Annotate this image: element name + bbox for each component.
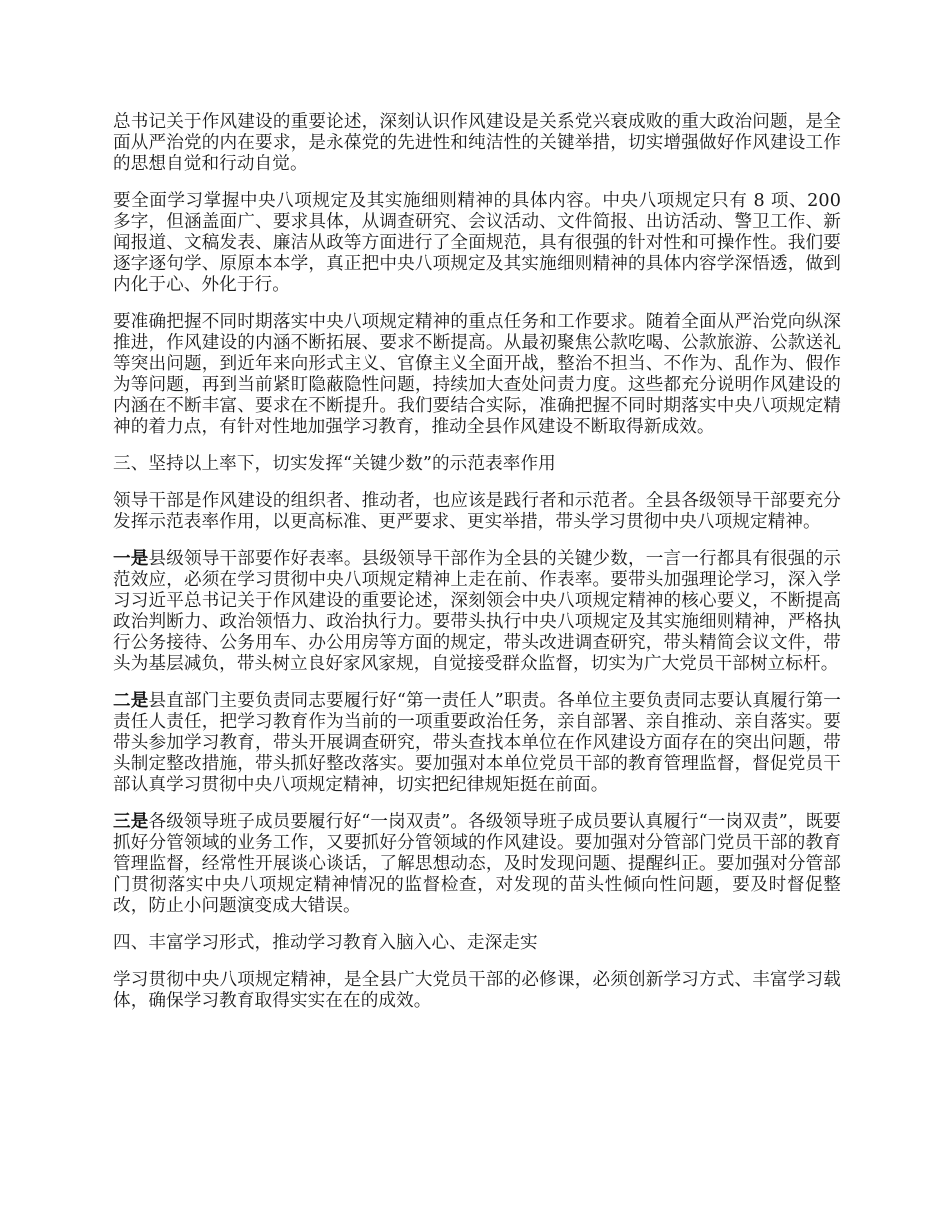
paragraph-text: 县级领导干部要作好表率。县级领导干部作为全县的关键少数，一言一行都具有很强的示范… <box>113 549 841 674</box>
paragraph-point-one: 一是县级领导干部要作好表率。县级领导干部作为全县的关键少数，一言一行都具有很强的… <box>113 549 841 675</box>
section-heading-4: 四、丰富学习形式，推动学习教育入脑入心、走深走实 <box>113 933 841 954</box>
paragraph-key-tasks: 要准确把握不同时期落实中央八项规定精神的重点任务和工作要求。随着全面从严治党向纵… <box>113 312 841 438</box>
document-page: 总书记关于作风建设的重要论述，深刻认识作风建设是关系党兴衰成败的重大政治问题，是… <box>113 112 841 1028</box>
paragraph-point-three: 三是各级领导班子成员要履行好“一岗双责”。各级领导班子成员要认真履行“一岗双责”… <box>113 812 841 917</box>
paragraph-text: 县直部门主要负责同志要履行好“第一责任人”职责。各单位主要负责同志要认真履行第一… <box>113 691 841 795</box>
bold-lead: 二是 <box>113 691 149 711</box>
paragraph-text: 总书记关于作风建设的重要论述，深刻认识作风建设是关系党兴衰成败的重大政治问题，是… <box>113 112 841 174</box>
heading-text: 三、坚持以上率下，切实发挥“关键少数”的示范表率作用 <box>113 454 556 474</box>
paragraph-leaders-role: 领导干部是作风建设的组织者、推动者，也应该是践行者和示范者。全县各级领导干部要充… <box>113 491 841 533</box>
paragraph-text: 学习贯彻中央八项规定精神，是全县广大党员干部的必修课，必须创新学习方式、丰富学习… <box>113 970 841 1011</box>
section-heading-3: 三、坚持以上率下，切实发挥“关键少数”的示范表率作用 <box>113 454 841 475</box>
paragraph-text: 领导干部是作风建设的组织者、推动者，也应该是践行者和示范者。全县各级领导干部要充… <box>113 491 841 532</box>
paragraph-text: 要全面学习掌握中央八项规定及其实施细则精神的具体内容。中央八项规定只有 8 项、… <box>113 191 841 295</box>
paragraph-eight-rules-content: 要全面学习掌握中央八项规定及其实施细则精神的具体内容。中央八项规定只有 8 项、… <box>113 191 841 296</box>
paragraph-study-remarks: 总书记关于作风建设的重要论述，深刻认识作风建设是关系党兴衰成败的重大政治问题，是… <box>113 112 841 175</box>
paragraph-point-two: 二是县直部门主要负责同志要履行好“第一责任人”职责。各单位主要负责同志要认真履行… <box>113 691 841 796</box>
bold-lead: 三是 <box>113 812 148 832</box>
bold-lead: 一是 <box>113 549 149 569</box>
paragraph-text: 各级领导班子成员要履行好“一岗双责”。各级领导班子成员要认真履行“一岗双责”，既… <box>113 812 841 916</box>
paragraph-study-forms: 学习贯彻中央八项规定精神，是全县广大党员干部的必修课，必须创新学习方式、丰富学习… <box>113 970 841 1012</box>
paragraph-text: 要准确把握不同时期落实中央八项规定精神的重点任务和工作要求。随着全面从严治党向纵… <box>113 312 841 437</box>
heading-text: 四、丰富学习形式，推动学习教育入脑入心、走深走实 <box>113 933 538 953</box>
